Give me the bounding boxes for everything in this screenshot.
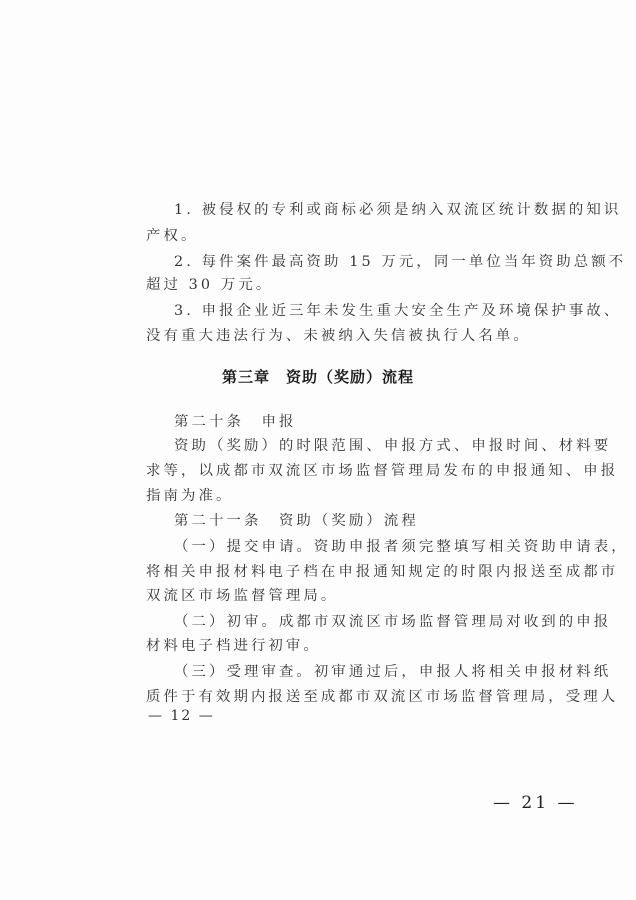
article-20-line-1: 资助（奖励）的时限范围、申报方式、申报时间、材料要 xyxy=(174,437,498,455)
list-item-3-line-2: 没有重大违法行为、未被纳入失信被执行人名单。 xyxy=(146,327,498,345)
list-item-1-line-2: 产权。 xyxy=(146,227,498,245)
step-1-line-1: （一）提交申请。资助申报者须完整填写相关资助申请表， xyxy=(174,538,498,556)
step-2-line-1: （二）初审。成都市双流区市场监督管理局对收到的申报 xyxy=(174,613,498,631)
page-number: — 21 — xyxy=(493,793,577,813)
chapter-heading: 第三章 资助（奖励）流程 xyxy=(0,366,636,387)
list-item-2-line-2: 超过 30 万元。 xyxy=(146,276,498,294)
step-1-line-3: 双流区市场监督管理局。 xyxy=(146,587,498,605)
step-3-line-2: 质件于有效期内报送至成都市双流区市场监督管理局，受理人 xyxy=(146,688,498,706)
list-item-3-line-1: 3. 申报企业近三年未发生重大安全生产及环境保护事故、 xyxy=(174,302,498,320)
step-3-line-1: （三）受理审查。初审通过后，申报人将相关申报材料纸 xyxy=(174,663,498,681)
inner-page-number: — 12 — xyxy=(148,708,215,724)
article-20-line-3: 指南为准。 xyxy=(146,487,498,505)
list-item-1-line-1: 1. 被侵权的专利或商标必须是纳入双流区统计数据的知识 xyxy=(174,201,498,219)
step-2-line-2: 材料电子档进行初审。 xyxy=(146,637,498,655)
article-21-title: 第二十一条 资助（奖励）流程 xyxy=(174,512,498,530)
document-page: 1. 被侵权的专利或商标必须是纳入双流区统计数据的知识 产权。 2. 每件案件最… xyxy=(0,0,636,900)
article-20-line-2: 求等，以成都市双流区市场监督管理局发布的申报通知、申报 xyxy=(146,462,498,480)
article-20-title: 第二十条 申报 xyxy=(174,413,498,431)
step-1-line-2: 将相关申报材料电子档在申报通知规定的时限内报送至成都市 xyxy=(146,563,498,581)
list-item-2-line-1: 2. 每件案件最高资助 15 万元，同一单位当年资助总额不 xyxy=(174,253,498,271)
